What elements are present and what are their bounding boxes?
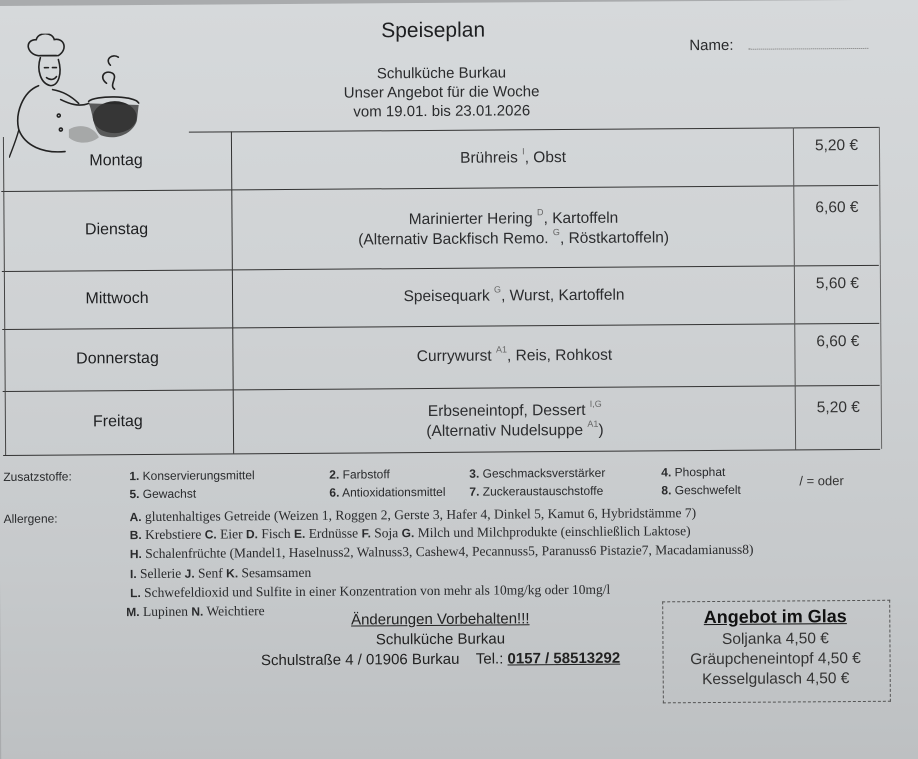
menu-row: Donnerstag Currywurst A1, Reis, Rohkost … [2, 323, 879, 392]
day-name: Dienstag [1, 189, 232, 271]
allergen-text: glutenhaltiges Getreide (Weizen 1, Rogge… [145, 505, 696, 524]
additive-number: 1. [129, 469, 139, 483]
additive-item: 6. Antioxidationsmittel [329, 485, 445, 500]
price-value: 6,60 € [795, 333, 880, 352]
additive-item: 4. Phosphat [661, 465, 725, 479]
dish-text: Erbseneintopf, Dessert [428, 402, 586, 420]
additive-number: 5. [129, 487, 139, 501]
allergen-line: H. Schalenfrüchte (Mandel1, Haselnuss2, … [130, 542, 754, 562]
allergens-label: Allergene: [4, 512, 58, 526]
dish-text-rest: , Obst [525, 149, 566, 166]
price-value: 5,20 € [796, 399, 881, 418]
allergen-key: E. [294, 527, 305, 541]
date-range: vom 19.01. bis 23.01.2026 [317, 102, 567, 121]
dish-main: Speisequark G, Wurst, Kartoffeln [233, 282, 795, 307]
price-value: 5,60 € [795, 275, 880, 294]
changes-notice: Änderungen Vorbehalten!!! [220, 609, 660, 629]
additive-text: Gewachst [143, 487, 196, 501]
allergen-code: A1 [587, 419, 598, 429]
allergen-text: Sellerie [140, 566, 181, 581]
footer-contact: Schulstraße 4 / 01906 Burkau Tel.: 0157 … [221, 649, 661, 669]
menu-row: Dienstag Marinierter Hering D, Kartoffel… [1, 185, 879, 272]
allergen-line: A. glutenhaltiges Getreide (Weizen 1, Ro… [130, 505, 697, 525]
allergen-key: N. [191, 605, 203, 619]
jar-item-price: 4,50 € [818, 650, 861, 667]
additive-text: Farbstoff [343, 467, 390, 481]
day-name: Donnerstag [2, 327, 232, 391]
dish-text: Brühreis [460, 149, 518, 166]
additive-number: 8. [661, 483, 671, 497]
dish-text: Currywurst [417, 348, 492, 366]
allergen-key: D. [246, 527, 258, 541]
price: 5,20 € [795, 385, 882, 450]
price: 5,20 € [793, 127, 880, 186]
dish-text-rest: , Kartoffeln [544, 210, 619, 228]
allergen-text: Krebstiere [145, 527, 201, 542]
additive-item: 1. Konservierungsmittel [129, 468, 255, 483]
allergen-key: M. [126, 605, 139, 619]
jar-item-price: 4,50 € [806, 670, 849, 687]
allergen-code: G [494, 284, 501, 294]
dish-cell: Brühreis I, Obst [231, 127, 794, 189]
dish-cell: Marinierter Hering D, Kartoffeln (Altern… [231, 185, 795, 269]
page-title: Speiseplan [381, 19, 485, 44]
jar-offer-title: Angebot im Glas [662, 606, 888, 629]
allergen-text: Eier [220, 526, 243, 541]
dish-text: Speisequark [403, 288, 489, 306]
additive-text: Geschmacksverstärker [483, 466, 606, 481]
price: 5,60 € [794, 265, 881, 324]
allergen-line: I. Sellerie J. Senf K. Sesamsamen [130, 565, 311, 582]
allergen-key: A. [130, 510, 142, 524]
allergen-text: Erdnüsse [309, 525, 359, 540]
footer-org-name: Schulküche Burkau [220, 629, 660, 649]
additive-text: Geschwefelt [675, 483, 741, 497]
day-name: Montag [1, 131, 231, 191]
additives-label: Zusatzstoffe: [3, 469, 72, 483]
day-name: Mittwoch [2, 269, 232, 329]
dish-text-rest: , Wurst, Kartoffeln [501, 287, 625, 305]
allergen-key: I. [130, 567, 137, 581]
jar-offer-item: Gräupcheneintopf 4,50 € [663, 650, 889, 670]
additive-text: Antioxidationsmittel [342, 485, 445, 500]
dish-cell: Speisequark G, Wurst, Kartoffeln [232, 265, 795, 327]
jar-item-price: 4,50 € [786, 630, 829, 647]
additive-item: 5. Gewachst [129, 487, 196, 501]
menu-row: Freitag Erbseneintopf, Dessert I,G (Alte… [3, 385, 880, 456]
day-name: Freitag [3, 389, 233, 455]
dish-alternative: (Alternativ Nudelsuppe A1) [234, 417, 796, 442]
jar-item-name: Soljanka [722, 631, 782, 648]
allergen-key: K. [226, 566, 238, 580]
oder-note: / = oder [799, 473, 844, 488]
additive-number: 4. [661, 465, 671, 479]
additive-text: Konservierungsmittel [143, 468, 255, 483]
allergen-key: H. [130, 547, 142, 561]
jar-item-name: Kesselgulasch [702, 670, 802, 688]
allergen-text: Senf [198, 565, 223, 580]
additive-text: Zuckeraustauschstoffe [483, 484, 604, 499]
price: 6,60 € [794, 323, 881, 386]
alt-text: (Alternativ Backfisch Remo. [358, 230, 548, 248]
menu-row: Montag Brühreis I, Obst 5,20 € [1, 127, 878, 192]
allergen-line: L. Schwefeldioxid und Sulfite in einer K… [130, 582, 610, 601]
price-value: 5,20 € [794, 137, 879, 156]
jar-offer-item: Kesselgulasch 4,50 € [663, 670, 889, 690]
additive-item: 8. Geschwefelt [661, 483, 740, 498]
name-label: Name: [689, 37, 733, 54]
allergen-code: I,G [590, 399, 602, 409]
additive-number: 6. [329, 486, 339, 500]
allergen-key: C. [205, 527, 217, 541]
menu-row: Mittwoch Speisequark G, Wurst, Kartoffel… [2, 265, 879, 330]
dish-main: Brühreis I, Obst [232, 144, 794, 169]
allergen-key: J. [185, 567, 195, 581]
weekly-offer-heading: Unser Angebot für die Woche [317, 83, 567, 102]
dish-cell: Currywurst A1, Reis, Rohkost [232, 323, 795, 389]
phone-number: 0157 / 58513292 [507, 650, 620, 668]
price: 6,60 € [793, 185, 881, 266]
allergen-key: L. [130, 586, 141, 600]
allergen-text: Lupinen [143, 604, 188, 619]
allergen-text: Sesamsamen [241, 565, 311, 580]
alt-text: (Alternativ Nudelsuppe [426, 422, 583, 440]
allergen-key: B. [130, 528, 142, 542]
additive-number: 7. [469, 485, 479, 499]
allergen-key: F. [361, 526, 370, 540]
footer-address: Schulstraße 4 / 01906 Burkau [261, 651, 460, 669]
additive-text: Phosphat [675, 465, 726, 479]
allergen-text: Milch und Milchprodukte (einschließlich … [418, 523, 691, 540]
additive-item: 2. Farbstoff [329, 467, 390, 481]
allergen-key: G. [402, 526, 415, 540]
school-kitchen-name: Schulküche Burkau [316, 64, 566, 83]
dish-text: Marinierter Hering [409, 210, 533, 228]
additive-number: 3. [469, 467, 479, 481]
alt-text-rest: , Röstkartoffeln) [560, 229, 669, 247]
allergen-text: Fisch [261, 526, 290, 541]
allergen-text: Soja [374, 525, 398, 540]
dish-alternative: (Alternativ Backfisch Remo. G, Röstkarto… [233, 225, 795, 250]
allergen-text: Schwefeldioxid und Sulfite in einer Konz… [144, 582, 610, 600]
name-field-line [748, 48, 868, 50]
additive-item: 7. Zuckeraustauschstoffe [469, 484, 603, 499]
allergen-code: A1 [496, 344, 507, 354]
price-value: 6,60 € [794, 199, 879, 218]
allergen-text: Schalenfrüchte (Mandel1, Haselnuss2, Wal… [145, 542, 753, 561]
tel-label: Tel.: [476, 650, 504, 667]
alt-text-rest: ) [598, 422, 603, 439]
allergen-line: B. Krebstiere C. Eier D. Fisch E. Erdnüs… [130, 523, 691, 543]
menu-sheet: Speiseplan Name: Schulküche Burkau Unser… [0, 0, 918, 759]
additive-number: 2. [329, 468, 339, 482]
dish-text-rest: , Reis, Rohkost [507, 347, 612, 365]
additive-item: 3. Geschmacksverstärker [469, 466, 605, 481]
jar-offer-item: Soljanka 4,50 € [662, 630, 888, 650]
dish-cell: Erbseneintopf, Dessert I,G (Alternativ N… [233, 385, 796, 453]
jar-item-name: Gräupcheneintopf [690, 650, 813, 668]
dish-main: Currywurst A1, Reis, Rohkost [233, 342, 795, 367]
